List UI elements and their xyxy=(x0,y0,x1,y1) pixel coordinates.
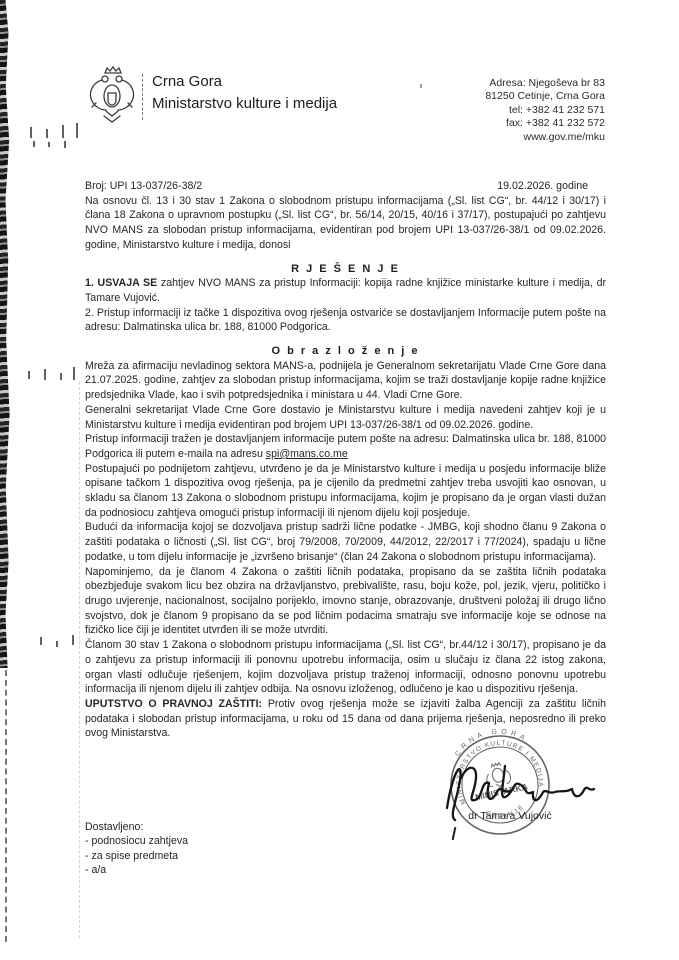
scan-artifact-tick xyxy=(44,369,46,380)
address-line: Adresa: Njegoševa br 83 xyxy=(360,77,605,90)
distribution-item: - za spise predmeta xyxy=(85,849,188,863)
decision-item-1-text: zahtjev NVO MANS za pristup Informaciji:… xyxy=(85,277,606,304)
distribution-block: Dostavljeno: - podnosiocu zahtjeva - za … xyxy=(85,820,188,877)
address-line: fax: +382 41 232 572 xyxy=(360,117,605,130)
signer-name: dr Tamara Vujović xyxy=(440,810,580,822)
scan-artifact-tick xyxy=(64,141,66,148)
legal-remedy-lead: UPUTSTVO O PRAVNOJ ZAŠTITI: xyxy=(85,698,262,710)
scan-artifact-left-dashes xyxy=(5,670,7,942)
scan-artifact-tick xyxy=(46,129,48,138)
decision-title: R J E Š E N J E xyxy=(85,262,606,277)
explanation-paragraph-7: Članom 30 stav 1 Zakona o slobodnom pris… xyxy=(85,638,606,697)
explanation-paragraph-5: Budući da informacija kojoj se dozvoljav… xyxy=(85,520,606,564)
country-name: Crna Gora xyxy=(152,71,337,93)
address-line: 81250 Cetinje, Crna Gora xyxy=(360,90,605,103)
scan-artifact-tick xyxy=(56,641,58,647)
scan-artifact-tick xyxy=(33,141,35,147)
scan-artifact-tick xyxy=(48,142,50,147)
header-divider xyxy=(142,74,143,120)
case-number: Broj: UPI 13-037/26-38/2 xyxy=(85,179,202,194)
coat-of-arms-icon xyxy=(84,63,138,125)
explanation-paragraph-1: Mreža za afirmaciju nevladinog sektora M… xyxy=(85,359,606,403)
address-line: tel: +382 41 232 571 xyxy=(360,104,605,117)
distribution-item: - podnosiocu zahtjeva xyxy=(85,834,188,848)
decision-item-2: 2. Pristup informaciji iz tačke 1 dispoz… xyxy=(85,306,606,335)
scanned-document-page: Crna Gora Ministarstvo kulture i medija … xyxy=(0,0,679,960)
distribution-label: Dostavljeno: xyxy=(85,820,188,834)
reference-row: Broj: UPI 13-037/26-38/2 19.02.2026. god… xyxy=(85,179,606,194)
scan-artifact-tick xyxy=(62,125,64,138)
scan-artifact-left-edge xyxy=(0,0,10,668)
document-body: Broj: UPI 13-037/26-38/2 19.02.2026. god… xyxy=(85,179,606,741)
explanation-paragraph-6: Napominjemo, da je članom 4 Zakona o zaš… xyxy=(85,565,606,639)
scan-artifact-tick xyxy=(60,373,62,380)
scan-artifact-fold-line xyxy=(79,382,80,938)
explanation-paragraph-3: Pristup informaciji tražen je dostavljan… xyxy=(85,432,606,461)
scan-artifact-tick xyxy=(40,637,42,645)
address-line: www.gov.me/mku xyxy=(360,131,605,144)
decision-item-1: 1. USVAJA SE zahtjev NVO MANS za pristup… xyxy=(85,276,606,305)
scan-artifact-tick xyxy=(28,371,30,379)
scan-artifact-tick xyxy=(76,123,78,138)
email-address: spi@mans.co.me xyxy=(266,448,348,460)
explanation-paragraph-4: Postupajući po podnijetom zahtjevu, utvr… xyxy=(85,462,606,521)
scan-artifact-tick xyxy=(72,635,74,645)
decision-item-1-lead: 1. USVAJA SE xyxy=(85,277,157,289)
scan-artifact-tick xyxy=(30,127,32,138)
legal-basis-paragraph: Na osnovu čl. 13 i 30 stav 1 Zakona o sl… xyxy=(85,194,606,253)
ministry-name: Ministarstvo kulture i medija xyxy=(152,93,337,115)
address-block: Adresa: Njegoševa br 83 81250 Cetinje, C… xyxy=(360,77,605,144)
document-date: 19.02.2026. godine xyxy=(497,179,588,194)
explanation-paragraph-2: Generalni sekretarijat Vlade Crne Gore d… xyxy=(85,403,606,432)
distribution-item: - a/a xyxy=(85,863,188,877)
organization-block: Crna Gora Ministarstvo kulture i medija xyxy=(152,71,337,115)
scan-artifact-tick xyxy=(73,367,75,380)
explanation-title: O b r a z l o ž e n j e xyxy=(85,344,606,359)
